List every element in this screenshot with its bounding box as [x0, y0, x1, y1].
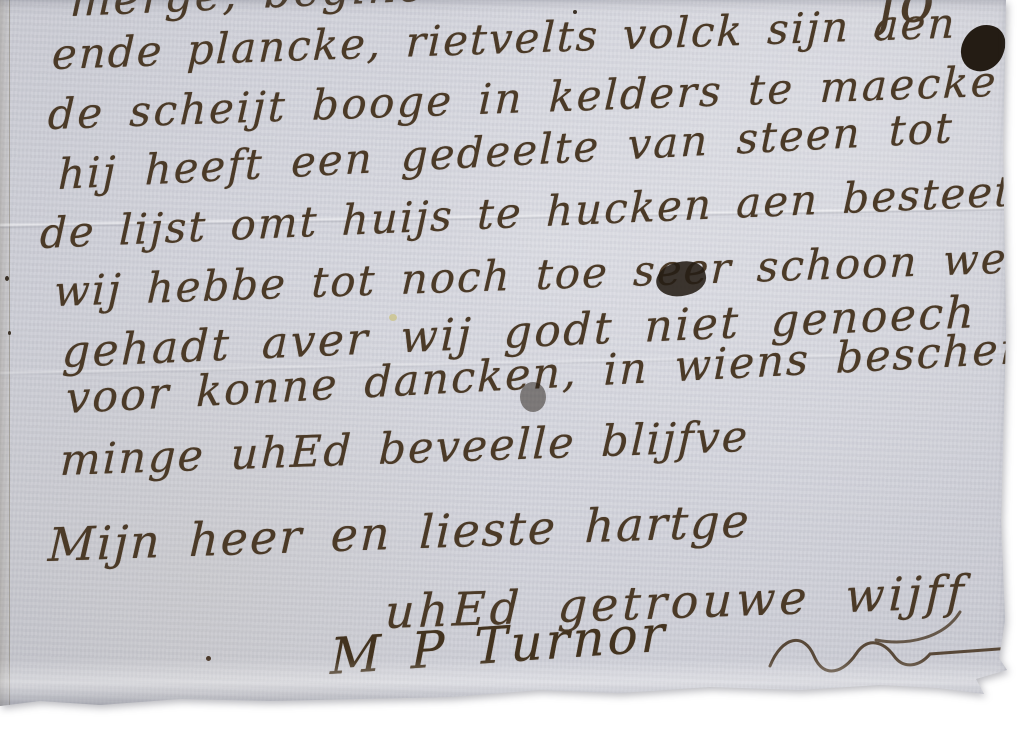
manuscript-line-9: minge uhEd beveelle blijfve — [59, 412, 750, 486]
torn-bottom-edge — [0, 658, 1012, 712]
scanned-letter: { "document": { "kind": "handwritten let… — [0, 0, 1024, 730]
ink-blot — [520, 382, 546, 412]
paper-stain — [389, 314, 397, 321]
letter-page-wrapper: merge, begine de … ſo ende plancke, riet… — [0, 0, 1024, 730]
ink-speck — [5, 276, 9, 281]
ink-speck — [8, 331, 11, 335]
ink-speck — [573, 10, 577, 14]
salutation-line: Mijn heer en lieste hartge — [47, 493, 752, 572]
letter-page: merge, begine de … ſo ende plancke, riet… — [0, 0, 1012, 712]
